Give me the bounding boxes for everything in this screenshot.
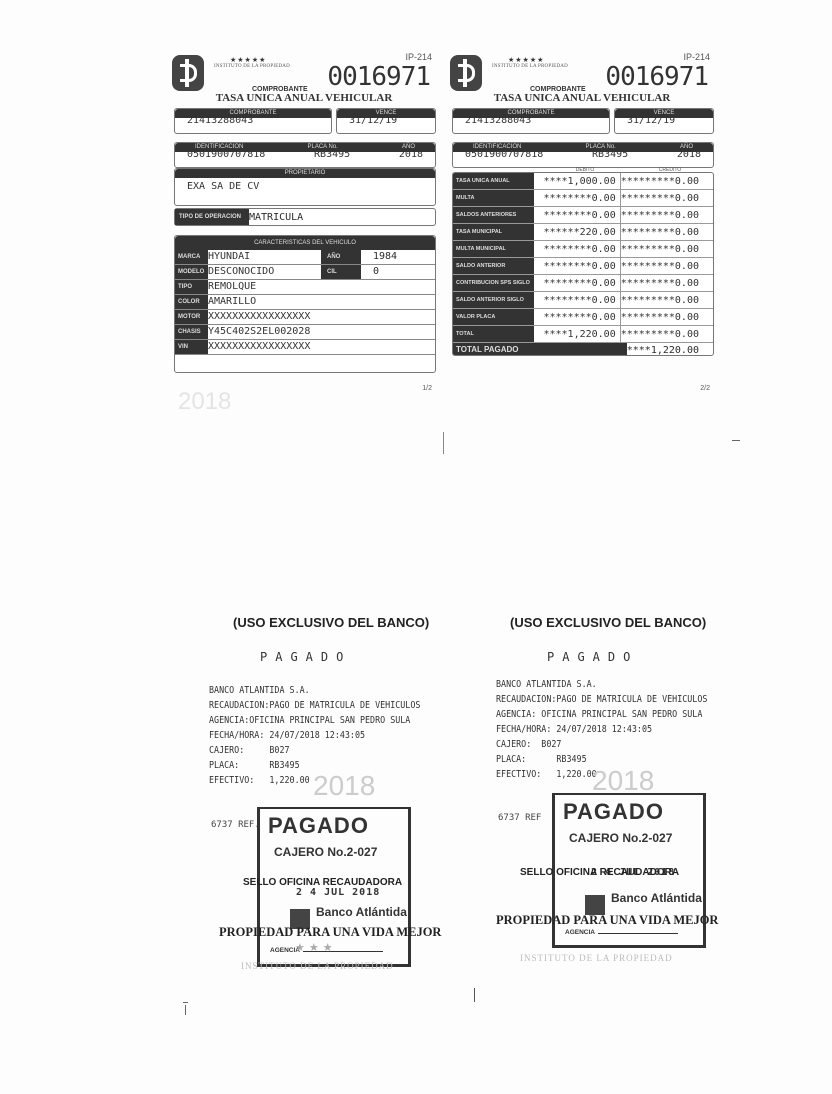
vence-box: VENCE 31/12/19 [336,108,436,134]
stars-icon: ★★★ [295,941,337,954]
charge-label: TASA MUNICIPAL [453,224,534,240]
charge-debito: ********0.00 [534,309,621,325]
institution-name: INSTITUTO DE LA PROPIEDAD [214,64,290,69]
charge-row: MULTA MUNICIPAL********0.00*********0.00 [453,241,713,258]
charge-label: CONTRIBUCION SPS SIGLO XXI [453,275,534,291]
characteristic-label: TIPO [175,280,208,294]
stamp-sello: SELLO OFICINA RECAUDADORA [243,877,402,888]
charge-row: TASA UNICA ANUAL****1,000.00*********0.0… [453,173,713,190]
paid-label: PAGADO [547,650,638,664]
scan-mark [185,1005,186,1015]
characteristic-label: MODELO [175,265,208,279]
id-strip: IDENTIFICACION PLACA No. AÑO 05019007078… [452,142,714,168]
charge-credito: *********0.00 [621,292,713,308]
charge-label: MULTA [453,190,534,206]
bank-section-2: (USO EXCLUSIVO DEL BANCO) PAGADO BANCO A… [492,605,762,975]
ano-value: 2018 [677,150,701,160]
charge-credito: *********0.00 [621,207,713,223]
stamp-title: PAGADO [268,813,369,839]
characteristic-value: XXXXXXXXXXXXXXXXX [208,340,435,354]
stamp-sello: SELLO OFICINA RECAUDADORA [520,867,679,878]
charge-debito: ******220.00 [534,224,621,240]
ref-number: 6737 REF. [211,820,260,830]
characteristic-value: AMARILLO [208,295,435,309]
bank-line: BANCO ATLANTIDA S.A. [496,677,707,692]
placa-value: RB3495 [592,150,628,160]
characteristic-value: DESCONOCIDO [208,265,321,279]
stamp-date: 2 4 JUL 2018 [296,887,380,898]
charge-debito: ****1,000.00 [534,173,621,189]
charge-label: SALDO ANTERIOR SIGLO XXI [453,292,534,308]
bank-line: FECHA/HORA: 24/07/2018 12:43:05 [496,722,707,737]
charge-debito: ****1,220.00 [534,326,621,342]
fold-mark [443,432,444,454]
stamp-agencia: AGENCIA [565,929,678,936]
bank-line: AGENCIA:OFICINA PRINCIPAL SAN PEDRO SULA [209,713,420,728]
characteristic-value: REMOLQUE [208,280,435,294]
receipt-title: TASA UNICA ANUAL VEHICULAR [172,92,436,104]
charge-label: SALDO ANTERIOR MUNICIPAL [453,258,534,274]
comprobante-value: 21413288043 [175,116,331,126]
charge-credito: *********0.00 [621,241,713,257]
propietario-box: PROPIETARIO EXA SA DE CV [174,168,436,206]
bank-section-1: (USO EXCLUSIVO DEL BANCO) PAGADO BANCO A… [205,605,475,975]
folio-number: 0016971 [327,62,430,92]
banco-atlantida-logo-icon [585,895,605,915]
charge-row: TOTAL****1,220.00*********0.00 [453,326,713,343]
bank-line: BANCO ATLANTIDA S.A. [209,683,420,698]
identificacion-value: 0501900707818 [465,150,543,160]
bank-use-header: (USO EXCLUSIVO DEL BANCO) [233,615,429,630]
characteristic-value: 0 [361,265,435,279]
bank-line: AGENCIA: OFICINA PRINCIPAL SAN PEDRO SUL… [496,707,707,722]
stamp-cajero: CAJERO No.2-027 [274,845,377,859]
charge-credito: *********0.00 [621,258,713,274]
charge-row: SALDOS ANTERIORES********0.00*********0.… [453,207,713,224]
characteristic-row: MODELODESCONOCIDOCIL0 [175,265,435,280]
folio-number: 0016971 [605,62,708,92]
ref-number: 6737 REF [498,813,541,823]
comprobante-value: 21413288043 [453,116,609,126]
charge-credito: *********0.00 [621,326,713,342]
characteristic-label: VIN [175,340,208,354]
charge-credito: *********0.00 [621,309,713,325]
charge-row: MULTA********0.00*********0.00 [453,190,713,207]
ip-logo-icon [450,55,482,91]
bank-line: FECHA/HORA: 24/07/2018 12:43:05 [209,728,420,743]
institution-footer: INSTITUTO DE LA PROPIEDAD [241,961,394,971]
propietario-header: PROPIETARIO [175,169,435,178]
slogan: PROPIEDAD PARA UNA VIDA MEJOR [219,925,441,940]
characteristic-row: MOTORXXXXXXXXXXXXXXXXX [175,310,435,325]
charge-credito: *********0.00 [621,190,713,206]
scan-mark [732,440,740,441]
stamp-bank-name: Banco Atlántida [611,893,702,904]
ip-logo-icon [172,55,204,91]
bank-line: RECAUDACION:PAGO DE MATRICULA DE VEHICUL… [496,692,707,707]
charge-debito: ********0.00 [534,190,621,206]
comprobante-box: COMPROBANTE 21413288043 [174,108,332,134]
bank-use-header: (USO EXCLUSIVO DEL BANCO) [510,615,706,630]
stamp-cajero: CAJERO No.2-027 [569,831,672,845]
propietario-value: EXA SA DE CV [175,182,435,192]
characteristic-value: Y45C402S2EL002028 [208,325,435,339]
stamp-title: PAGADO [563,799,664,825]
receipt-page-2: ★★★★★ INSTITUTO DE LA PROPIEDAD IP-214 0… [450,50,714,395]
receipt-title: TASA UNICA ANUAL VEHICULAR [450,92,714,104]
charge-debito: ********0.00 [534,292,621,308]
characteristic-row: MARCAHYUNDAIAÑO1984 [175,250,435,265]
form-code: IP-214 [683,52,710,62]
id-strip: IDENTIFICACION PLACA No. AÑO 05019007078… [174,142,436,168]
total-pagado-row: TOTAL PAGADO ****1,220.00 [453,343,713,356]
charge-label: TOTAL [453,326,534,342]
vence-value: 31/12/19 [615,116,713,126]
characteristic-label: CHASIS [175,325,208,339]
tipo-operacion-value: MATRICULA [249,209,303,225]
characteristic-row: TIPOREMOLQUE [175,280,435,295]
ano-value: 2018 [399,150,423,160]
stars-icon: ★★★★★ [230,56,266,64]
institution-footer: INSTITUTO DE LA PROPIEDAD [520,953,673,963]
charges-table: TASA UNICA ANUAL****1,000.00*********0.0… [452,172,714,356]
charge-credito: *********0.00 [621,173,713,189]
placa-value: RB3495 [314,150,350,160]
charge-debito: ********0.00 [534,207,621,223]
charge-row: VALOR PLACA********0.00*********0.00 [453,309,713,326]
institution-name: INSTITUTO DE LA PROPIEDAD [492,64,568,69]
comprobante-box: COMPROBANTE 21413288043 [452,108,610,134]
stamp-bank-name: Banco Atlántida [316,907,407,918]
tipo-operacion-box: TIPO DE OPERACION MATRICULA [174,208,436,226]
charge-row: TASA MUNICIPAL******220.00*********0.00 [453,224,713,241]
tipo-operacion-label: TIPO DE OPERACION [175,209,249,225]
charge-credito: *********0.00 [621,224,713,240]
paid-label: PAGADO [260,650,351,664]
bank-line: RECAUDACION:PAGO DE MATRICULA DE VEHICUL… [209,698,420,713]
bank-line: CAJERO: B027 [496,737,707,752]
charge-label: SALDOS ANTERIORES [453,207,534,223]
watermark-year: 2018 [313,770,375,802]
characteristic-label: CIL [321,265,361,279]
characteristics-header: CARACTERISTICAS DEL VEHICULO [175,236,435,250]
charge-debito: ********0.00 [534,241,621,257]
charge-label: VALOR PLACA [453,309,534,325]
vence-box: VENCE 31/12/19 [614,108,714,134]
watermark-year: 2018 [178,388,231,416]
charge-credito: *********0.00 [621,275,713,291]
characteristic-label: MARCA [175,250,208,264]
slogan: PROPIEDAD PARA UNA VIDA MEJOR [496,913,718,928]
identificacion-value: 0501900707818 [187,150,265,160]
charge-label: MULTA MUNICIPAL [453,241,534,257]
page-number: 1/2 [422,385,432,392]
characteristic-value: 1984 [361,250,435,264]
charge-row: SALDO ANTERIOR SIGLO XXI********0.00****… [453,292,713,309]
characteristic-label: COLOR [175,295,208,309]
vence-value: 31/12/19 [337,116,435,126]
characteristic-value: HYUNDAI [208,250,321,264]
scan-mark [183,1002,188,1003]
bank-line: CAJERO: B027 [209,743,420,758]
charge-debito: ********0.00 [534,258,621,274]
charge-debito: ********0.00 [534,275,621,291]
characteristic-label: MOTOR [175,310,208,324]
characteristic-label: AÑO [321,250,361,264]
characteristics-box: CARACTERISTICAS DEL VEHICULO MARCAHYUNDA… [174,235,436,373]
form-code: IP-214 [405,52,432,62]
page-number: 2/2 [700,385,710,392]
stars-icon: ★★★★★ [508,56,544,64]
charge-row: SALDO ANTERIOR MUNICIPAL********0.00****… [453,258,713,275]
scan-mark [474,988,475,1002]
characteristic-row: COLORAMARILLO [175,295,435,310]
charge-row: CONTRIBUCION SPS SIGLO XXI********0.00**… [453,275,713,292]
charge-label: TASA UNICA ANUAL [453,173,534,189]
characteristic-value: XXXXXXXXXXXXXXXXX [208,310,435,324]
characteristic-row: VINXXXXXXXXXXXXXXXXX [175,340,435,355]
receipt-page-1: ★★★★★ INSTITUTO DE LA PROPIEDAD IP-214 0… [172,50,436,395]
characteristic-row: CHASISY45C402S2EL002028 [175,325,435,340]
